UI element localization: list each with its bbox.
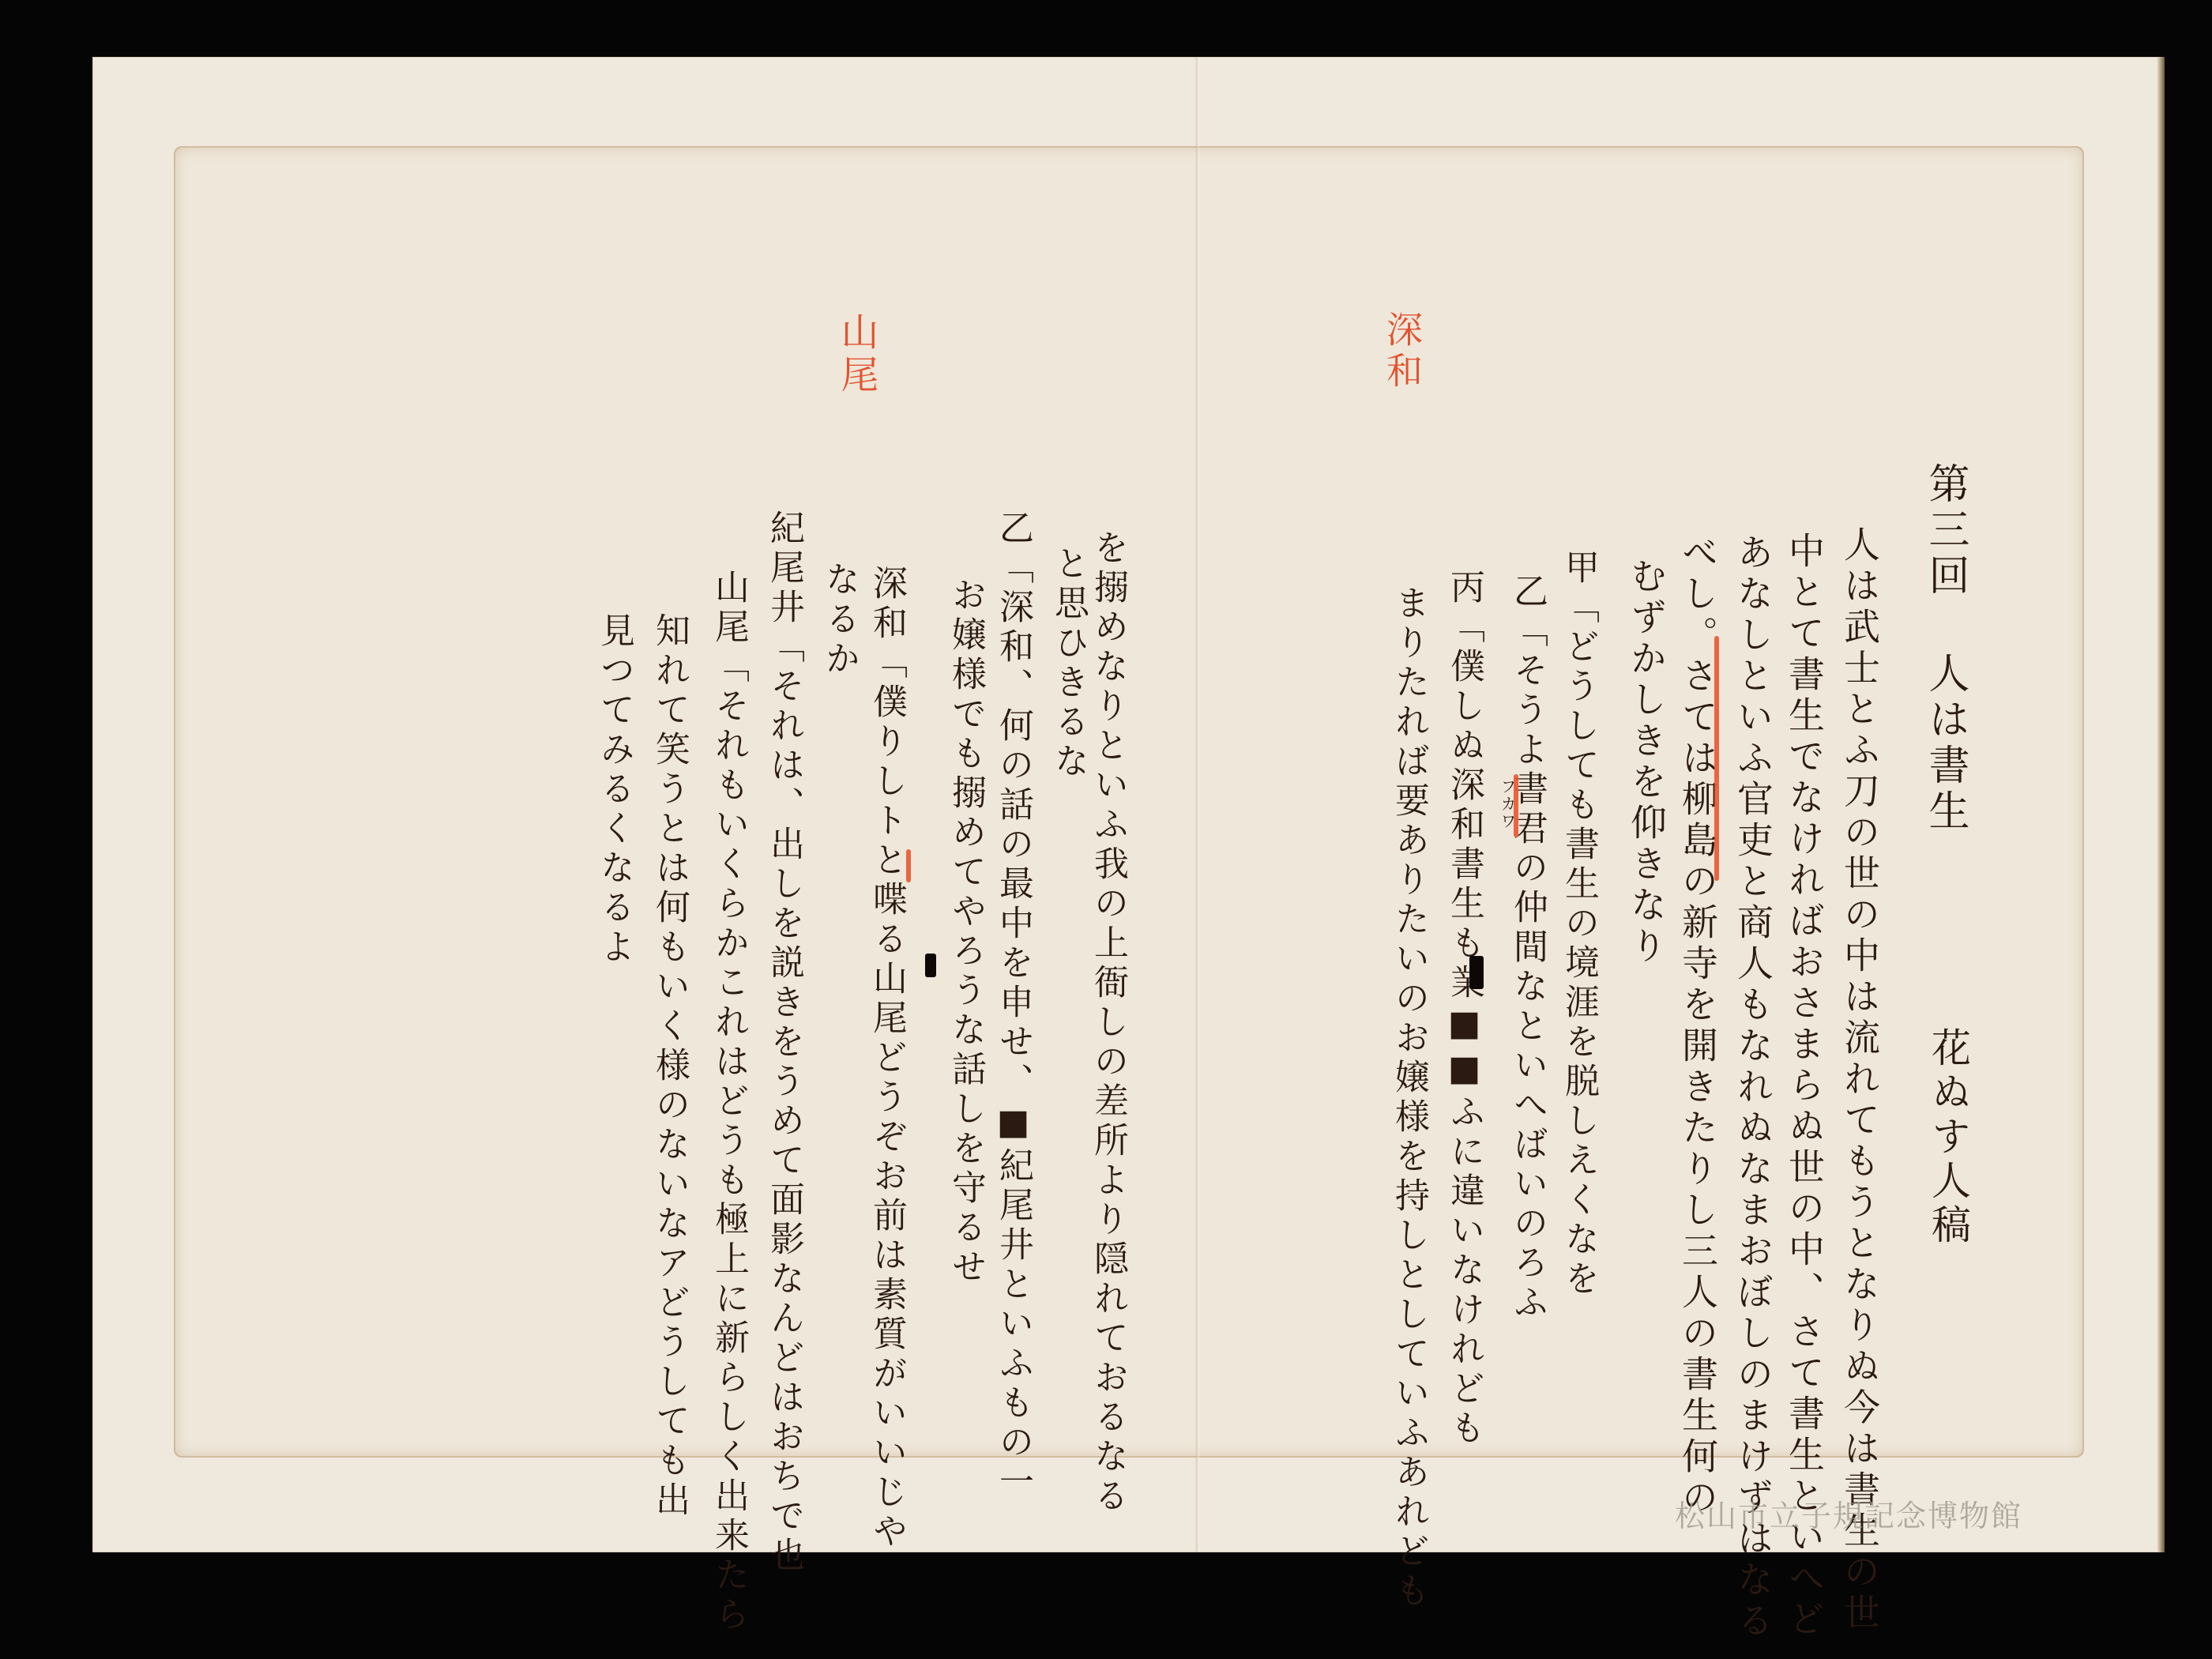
text-column: 乙「深和、何の話の最中を申せ、■紀尾井といふもの一 [995, 510, 1030, 1503]
text-column: べし。さては柳島の新寺を開きたりし三人の書生何の [1680, 533, 1716, 1519]
museum-watermark: 松山市立子規記念博物館 [1675, 1492, 2022, 1535]
red-margin-mark [906, 849, 911, 882]
text-column: お嬢様でも搦めてやろうな話しを守るせ [948, 577, 983, 1288]
text-column: 深和「僕りしトと喋る山尾どうぞお前は素質がいいじや [869, 565, 904, 1552]
mount-edge [2158, 57, 2165, 1552]
red-speaker-label-fukawa: 深和 [1384, 310, 1420, 393]
right-page: 深和 第三回 人は書生 花ぬす人稿 人は武士とふ刀の世の中は流れてもうとなりぬ今… [1198, 146, 2084, 1458]
red-speaker-label-yamao: 山尾 [837, 312, 875, 397]
text-column: 山尾「それもいくらかこれはどうも極上に新らしく出来たら [711, 569, 746, 1635]
text-column: 乙「そうよ書君の仲間なといへばいのろふ [1510, 573, 1544, 1323]
red-margin-line [1714, 636, 1719, 881]
text-column: むずかしきを仰きなり [1628, 557, 1665, 968]
author-byline: 花ぬす人稿 [1928, 1027, 1968, 1248]
text-column: 丙「僕しぬ深和書生も業■■ふに違いなけれども [1446, 569, 1481, 1449]
chapter-title: 第三回 人は書生 [1924, 462, 1966, 835]
text-column: を搦めなりといふ我の上衙しの差所より隠れておるなる [1090, 529, 1125, 1517]
text-column: 見つてみるくなるよ [596, 612, 631, 968]
furigana: フカワ [1499, 778, 1515, 830]
red-margin-line [1514, 774, 1518, 837]
text-column: 中とて書生でなければおさまらぬ世の中、さて書生といへど [1786, 532, 1823, 1641]
text-column: 甲「どうしても書生の境涯を脱しえくなを [1561, 549, 1596, 1300]
manuscript-sheet: 山尾 を搦めなりといふ我の上衙しの差所より隠れておるなる と思ひきるな 乙「深和… [174, 146, 2084, 1458]
left-page: 山尾 を搦めなりといふ我の上衙しの差所より隠れておるなる と思ひきるな 乙「深和… [174, 146, 1198, 1458]
text-column: あなしといふ官吏と商人もなれぬなまおぼしのまけずはなる [1735, 533, 1771, 1642]
text-column: 知れて笑うとは何もいく様のないなアどうしても出 [652, 612, 687, 1521]
ink-blot [925, 954, 936, 977]
text-column: まりたれば要ありたいのお嬢様を持しとしていふあれども [1391, 585, 1426, 1612]
mount-board: 山尾 を搦めなりといふ我の上衙しの差所より隠れておるなる と思ひきるな 乙「深和… [92, 57, 2158, 1552]
text-column: と思ひきるな [1051, 545, 1085, 782]
text-column: なるか [822, 561, 856, 679]
ink-blot [1469, 956, 1484, 989]
text-column: 紀尾井「それは、出しを説きをうめて面影なんどはおちで也 [766, 510, 801, 1576]
text-column: 人は武士とふ刀の世の中は流れてもうとなりぬ今は書生の世 [1841, 525, 1878, 1635]
